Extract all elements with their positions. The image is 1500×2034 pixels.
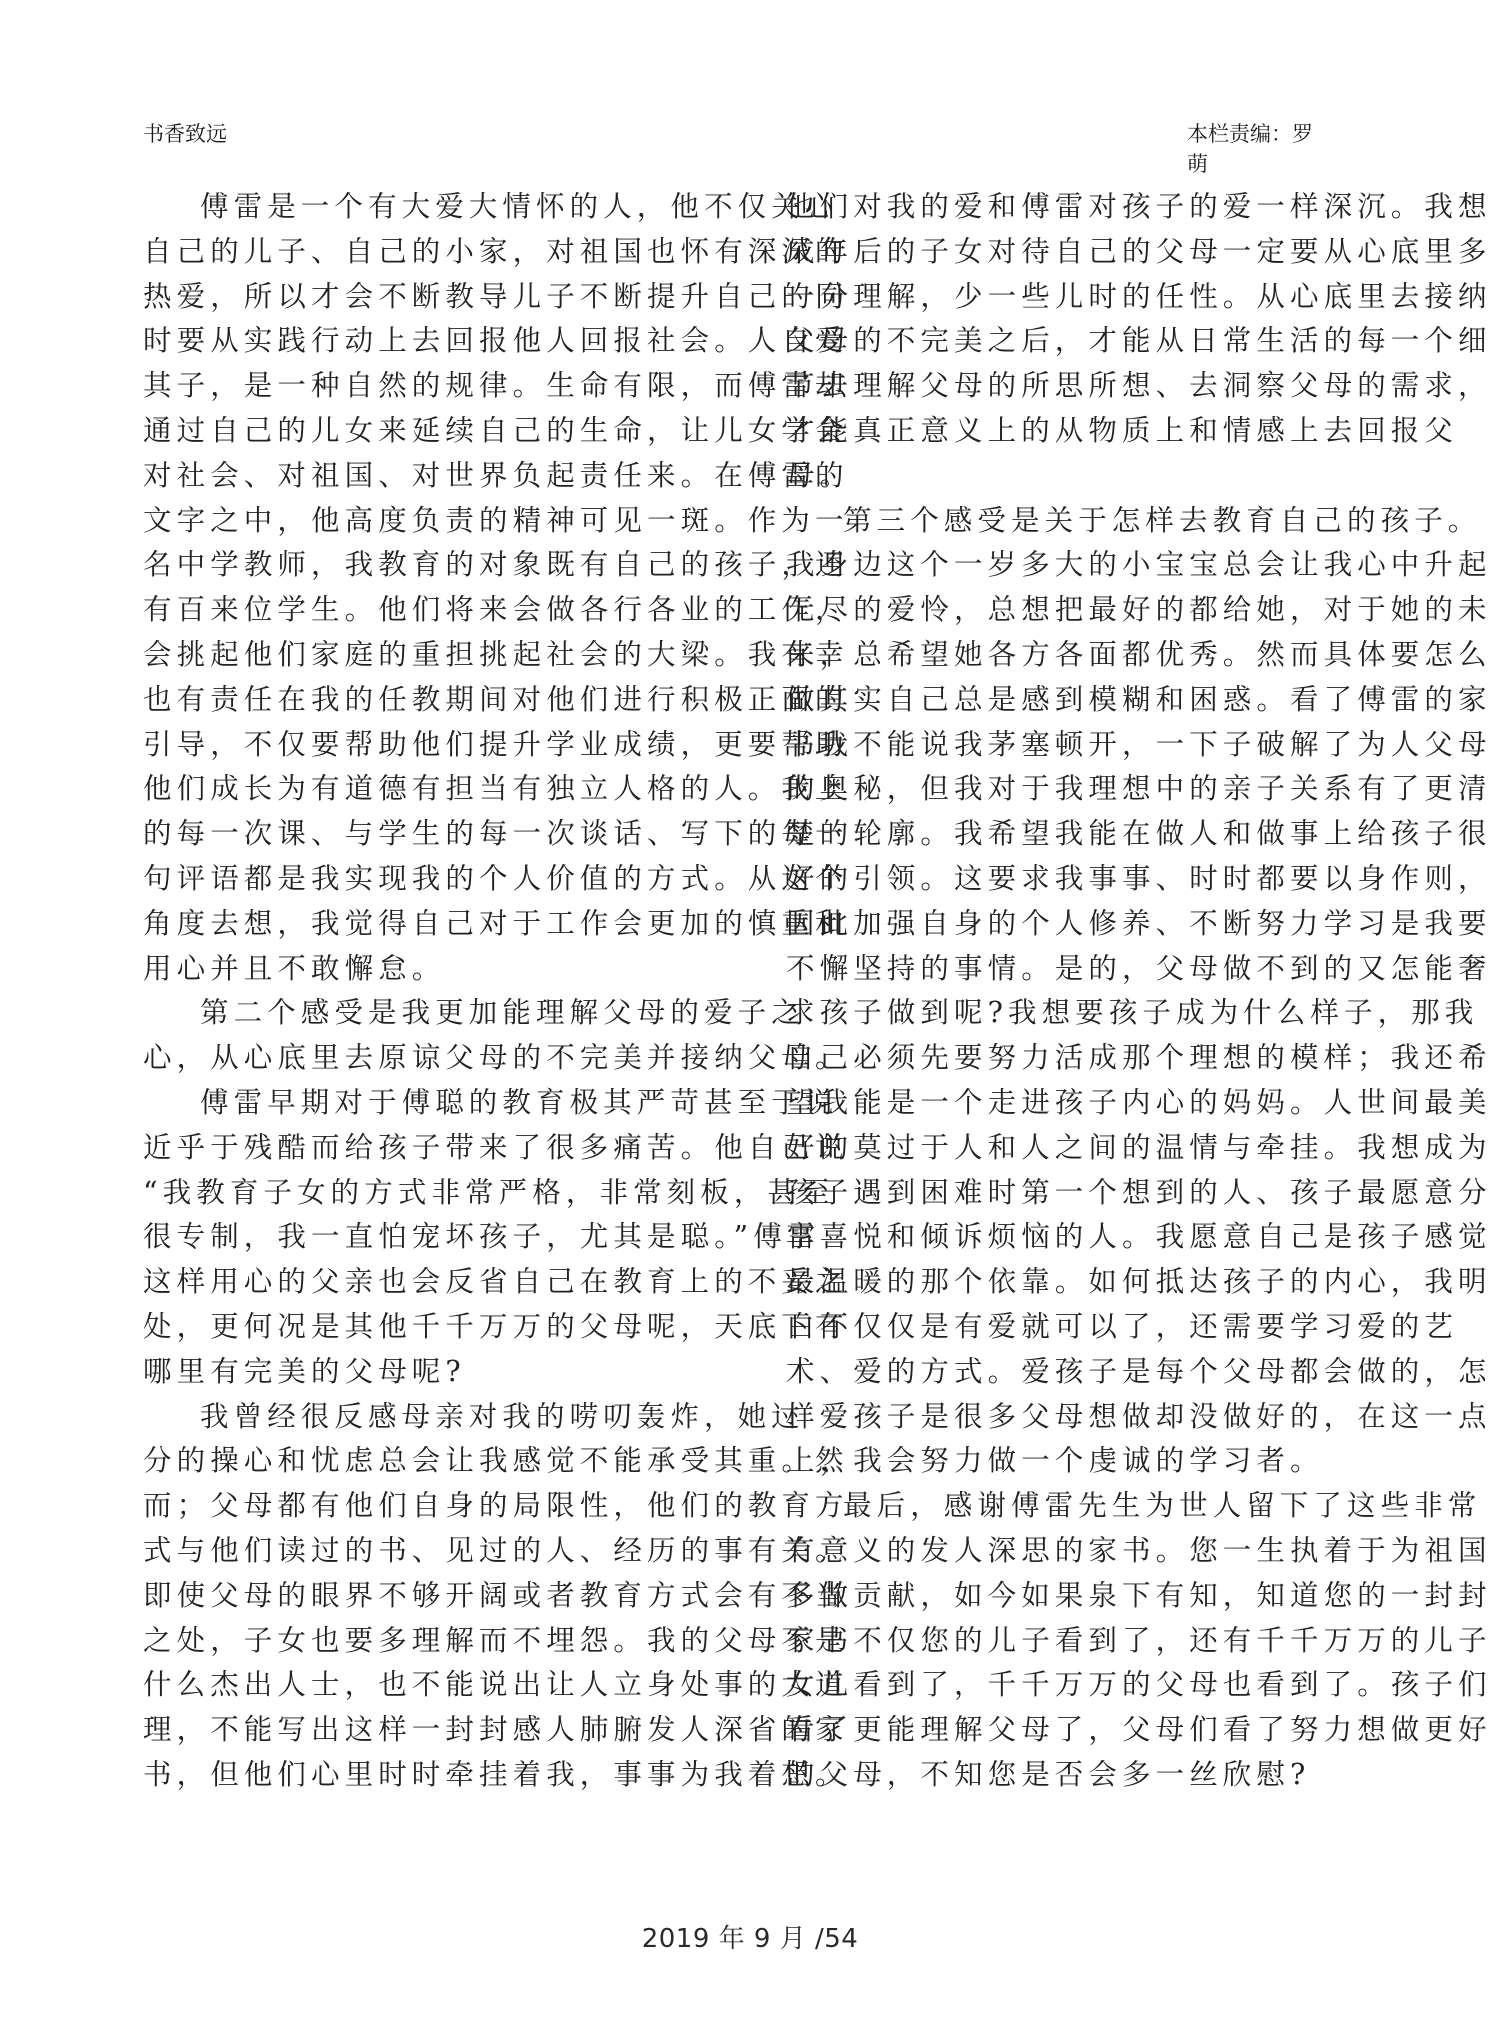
text-line: 享喜悦和倾诉烦恼的人。我愿意自己是孩子感觉 [786, 1215, 1358, 1260]
text-line: 才能真正意义上的从物质上和情感上去回报父 [786, 409, 1358, 454]
text-line: 母。 [786, 454, 1358, 499]
article-column-right: 他们对我的爱和傅雷对孩子的爱一样深沉。我想成年后的子女对待自己的父母一定要从心底… [786, 185, 1358, 1798]
text-line: 节去理解父母的所思所想、去洞察父母的需求， [786, 364, 1358, 409]
text-line: 近乎于残酷而给孩子带来了很多痛苦。他自己说 [143, 1126, 715, 1171]
text-line: 求孩子做到呢?我想要孩子成为什么样子，那我 [786, 991, 1358, 1036]
section-title: 书香致远 [143, 118, 227, 148]
text-line: 好的莫过于人和人之间的温情与牵挂。我想成为 [786, 1126, 1358, 1171]
text-line: 父母的不完美之后，才能从日常生活的每一个细 [786, 319, 1358, 364]
text-line: 无尽的爱怜，总想把最好的都给她，对于她的未 [786, 588, 1358, 633]
text-line: 楚的轮廓。我希望我能在做人和做事上给孩子很 [786, 812, 1358, 857]
text-line: 最温暖的那个依靠。如何抵达孩子的内心，我明 [786, 1260, 1358, 1305]
text-line: 因此加强自身的个人修养、不断努力学习是我要 [786, 902, 1358, 947]
text-line: 书我不能说我茅塞顿开，一下子破解了为人父母 [786, 723, 1358, 768]
text-line: 第二个感受是我更加能理解父母的爱子之 [143, 991, 715, 1036]
text-line: 傅雷早期对于傅聪的教育极其严苛甚至于说 [143, 1081, 715, 1126]
issue-date-page-number: 2019 年 9 月 /54 [642, 1924, 859, 1954]
text-line: 一分理解，少一些儿时的任性。从心底里去接纳 [786, 275, 1358, 320]
text-line: 很专制，我一直怕宠坏孩子，尤其是聪。”傅雷 [143, 1215, 715, 1260]
editor-label: 本栏责编： [1187, 122, 1292, 146]
text-line: 白不仅仅是有爱就可以了，还需要学习爱的艺 [786, 1305, 1358, 1350]
text-line: 样爱孩子是很多父母想做却没做好的，在这一点 [786, 1395, 1358, 1440]
text-line: 成年后的子女对待自己的父母一定要从心底里多 [786, 230, 1358, 275]
text-line: 术、爱的方式。爱孩子是每个父母都会做的，怎 [786, 1350, 1358, 1395]
text-line: 之处，子女也要多理解而不埋怨。我的父母不是 [143, 1619, 715, 1664]
text-line: 引导，不仅要帮助他们提升学业成绩，更要帮助 [143, 723, 715, 768]
text-line: 最后，感谢傅雷先生为世人留下了这些非常 [786, 1484, 1358, 1529]
article-column-left: 傅雷是一个有大爱大情怀的人，他不仅关心自己的儿子、自己的小家，对祖国也怀有深深的… [143, 185, 715, 1798]
text-line: 心，从心底里去原谅父母的不完美并接纳父母。 [143, 1036, 715, 1081]
text-line: 好的引领。这要求我事事、时时都要以身作则， [786, 857, 1358, 902]
text-line: 我曾经很反感母亲对我的唠叨轰炸，她过 [143, 1395, 715, 1440]
text-line: 望我能是一个走进孩子内心的妈妈。人世间最美 [786, 1081, 1358, 1126]
text-line: 这样用心的父亲也会反省自己在教育上的不妥之 [143, 1260, 715, 1305]
text-line: 也有责任在我的任教期间对他们进行积极正面的 [143, 678, 715, 723]
text-line: 理，不能写出这样一封封感人肺腑发人深省的家 [143, 1708, 715, 1753]
text-line: 文字之中，他高度负责的精神可见一斑。作为一 [143, 499, 715, 544]
text-line: 即使父母的眼界不够开阔或者教育方式会有不当 [143, 1574, 715, 1619]
text-line: 他们对我的爱和傅雷对孩子的爱一样深沉。我想 [786, 185, 1358, 230]
text-line: 不懈坚持的事情。是的，父母做不到的又怎能奢 [786, 947, 1358, 992]
text-line: 做其实自己总是感到模糊和困惑。看了傅雷的家 [786, 678, 1358, 723]
text-line: 自己的儿子、自己的小家，对祖国也怀有深深的 [143, 230, 715, 275]
text-line: 我身边这个一岁多大的小宝宝总会让我心中升起 [786, 543, 1358, 588]
text-line: 会挑起他们家庭的重担挑起社会的大梁。我有幸 [143, 633, 715, 678]
text-line: 家书不仅您的儿子看到了，还有千千万万的儿子 [786, 1619, 1358, 1664]
text-line: 女儿看到了，千千万万的父母也看到了。孩子们 [786, 1663, 1358, 1708]
text-line: 来，总希望她各方各面都优秀。然而具体要怎么 [786, 633, 1358, 678]
text-line: 而；父母都有他们自身的局限性，他们的教育方 [143, 1484, 715, 1529]
text-line: 分的操心和忧虑总会让我感觉不能承受其重。然 [143, 1439, 715, 1484]
text-line: 上，我会努力做一个虔诚的学习者。 [786, 1439, 1358, 1484]
text-line: 书，但他们心里时时牵挂着我，事事为我着想。 [143, 1753, 715, 1798]
text-line: “我教育子女的方式非常严格，非常刻板，甚至 [143, 1171, 715, 1216]
page-header: 书香致远 本栏责编：罗萌 [143, 112, 1356, 152]
text-line: 处，更何况是其他千千万万的父母呢，天底下有 [143, 1305, 715, 1350]
text-line: 傅雷是一个有大爱大情怀的人，他不仅关心 [143, 185, 715, 230]
text-line: 名中学教师，我教育的对象既有自己的孩子，还 [143, 543, 715, 588]
text-line: 孩子遇到困难时第一个想到的人、孩子最愿意分 [786, 1171, 1358, 1216]
text-line: 有百来位学生。他们将来会做各行各业的工作， [143, 588, 715, 633]
text-line: 多做贡献，如今如果泉下有知，知道您的一封封 [786, 1574, 1358, 1619]
text-line: 他们成长为有道德有担当有独立人格的人。我上 [143, 767, 715, 812]
text-line: 第三个感受是关于怎样去教育自己的孩子。 [786, 499, 1358, 544]
text-line: 时要从实践行动上去回报他人回报社会。人自爱 [143, 319, 715, 364]
text-line: 句评语都是我实现我的个人价值的方式。从这个 [143, 857, 715, 902]
text-line: 用心并且不敢懈怠。 [143, 947, 715, 992]
column-editor: 本栏责编：罗萌 [1187, 118, 1356, 178]
text-line: 的奥秘，但我对于我理想中的亲子关系有了更清 [786, 767, 1358, 812]
text-line: 自己必须先要努力活成那个理想的模样；我还希 [786, 1036, 1358, 1081]
text-line: 哪里有完美的父母呢? [143, 1350, 715, 1395]
text-line: 什么杰出人士，也不能说出让人立身处事的大道 [143, 1663, 715, 1708]
text-line: 热爱，所以才会不断教导儿子不断提升自己的同 [143, 275, 715, 320]
text-line: 有意义的发人深思的家书。您一生执着于为祖国 [786, 1529, 1358, 1574]
text-line: 其子，是一种自然的规律。生命有限，而傅雷却 [143, 364, 715, 409]
text-line: 的父母，不知您是否会多一丝欣慰? [786, 1753, 1358, 1798]
text-line: 式与他们读过的书、见过的人、经历的事有关。 [143, 1529, 715, 1574]
text-line: 角度去想，我觉得自己对于工作会更加的慎重和 [143, 902, 715, 947]
text-line: 的每一次课、与学生的每一次谈话、写下的每一 [143, 812, 715, 857]
text-line: 看了更能理解父母了，父母们看了努力想做更好 [786, 1708, 1358, 1753]
page-footer: 2019 年 9 月 /54 [0, 1918, 1500, 1955]
text-line: 对社会、对祖国、对世界负起责任来。在傅雷的 [143, 454, 715, 499]
text-line: 通过自己的儿女来延续自己的生命，让儿女学会 [143, 409, 715, 454]
